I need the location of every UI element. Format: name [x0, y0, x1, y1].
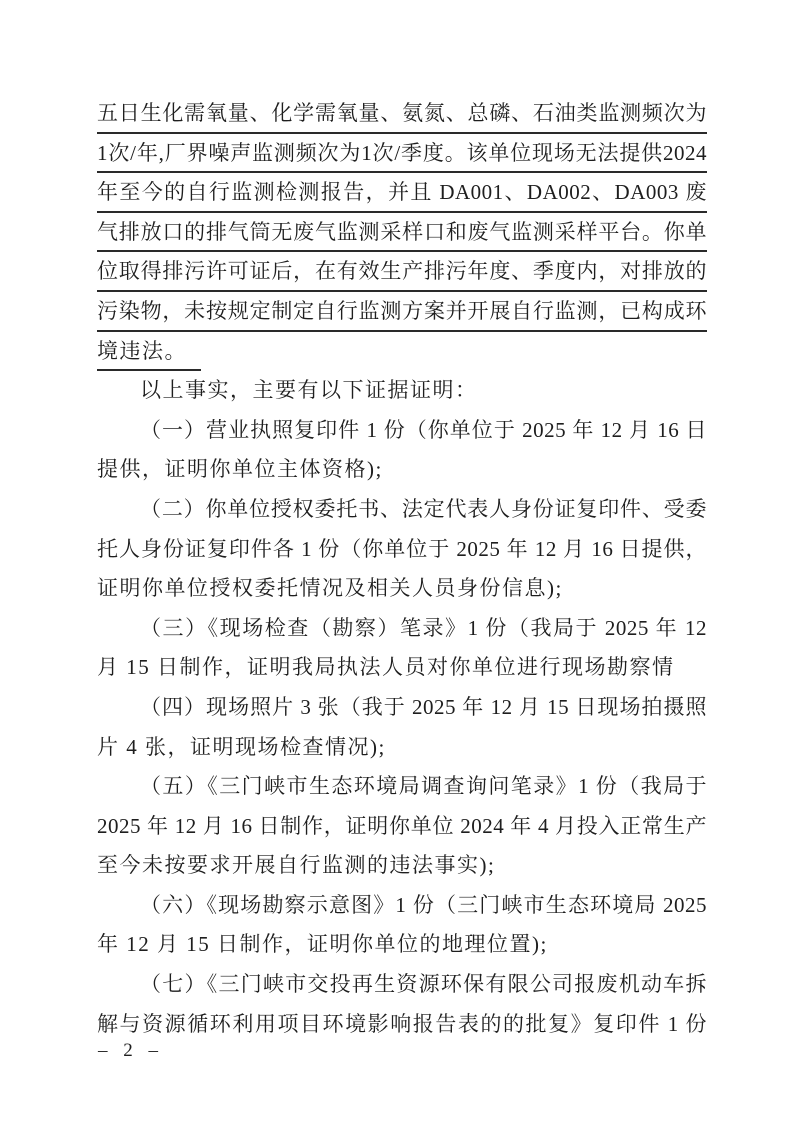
evidence-item-line: 至今未按要求开展自行监测的违法事实);	[97, 846, 707, 886]
evidence-item-line: 月 15 日制作，证明我局执法人员对你单位进行现场勘察情况);	[97, 648, 707, 688]
evidence-item-line: （四）现场照片 3 张（我于 2025 年 12 月 15 日现场拍摄照	[97, 688, 707, 728]
evidence-item-line: （二）你单位授权委托书、法定代表人身份证复印件、受委	[97, 490, 707, 530]
underlined-violation-line: 五日生化需氧量、化学需氧量、氨氮、总磷、石油类监测频次为	[97, 94, 707, 134]
page-number: – 2 –	[98, 1038, 160, 1064]
underlined-violation-line: 1次/年,厂界噪声监测频次为1次/季度。该单位现场无法提供2024	[97, 134, 707, 174]
underlined-violation-line: 位取得排污许可证后，在有效生产排污年度、季度内，对排放的	[97, 252, 707, 292]
underlined-violation-line: 气排放口的排气筒无废气监测采样口和废气监测采样平台。你单	[97, 213, 707, 253]
underlined-violation-line-end: 境违法。	[97, 332, 707, 372]
evidence-item-line: 提供，证明你单位主体资格);	[97, 450, 707, 490]
document-body: 五日生化需氧量、化学需氧量、氨氮、总磷、石油类监测频次为 1次/年,厂界噪声监测…	[97, 94, 707, 1044]
evidence-item-line: （一）营业执照复印件 1 份（你单位于 2025 年 12 月 16 日	[97, 411, 707, 451]
evidence-item-line: （三）《现场检查（勘察）笔录》1 份（我局于 2025 年 12	[97, 609, 707, 649]
underlined-violation-line: 污染物，未按规定制定自行监测方案并开展自行监测，已构成环	[97, 292, 707, 332]
underlined-text: 境违法。	[97, 332, 201, 372]
evidence-item-line: 证明你单位授权委托情况及相关人员身份信息);	[97, 569, 707, 609]
evidence-item-line: 年 12 月 15 日制作，证明你单位的地理位置);	[97, 925, 707, 965]
evidence-item-line: （六）《现场勘察示意图》1 份（三门峡市生态环境局 2025	[97, 886, 707, 926]
evidence-item-line: 2025 年 12 月 16 日制作，证明你单位 2024 年 4 月投入正常生…	[97, 807, 707, 847]
evidence-item-line: 托人身份证复印件各 1 份（你单位于 2025 年 12 月 16 日提供，	[97, 530, 707, 570]
underlined-violation-line: 年至今的自行监测检测报告，并且 DA001、DA002、DA003 废	[97, 173, 707, 213]
document-page: 五日生化需氧量、化学需氧量、氨氮、总磷、石油类监测频次为 1次/年,厂界噪声监测…	[0, 0, 793, 1122]
evidence-item-line: 解与资源循环利用项目环境影响报告表的的批复》复印件 1 份	[97, 1005, 707, 1045]
evidence-item-line: （五）《三门峡市生态环境局调查询问笔录》1 份（我局于	[97, 767, 707, 807]
evidence-item-line: （七）《三门峡市交投再生资源环保有限公司报废机动车拆	[97, 965, 707, 1005]
evidence-item-line: 片 4 张，证明现场检查情况);	[97, 728, 707, 768]
evidence-intro-line: 以上事实，主要有以下证据证明：	[97, 371, 707, 411]
